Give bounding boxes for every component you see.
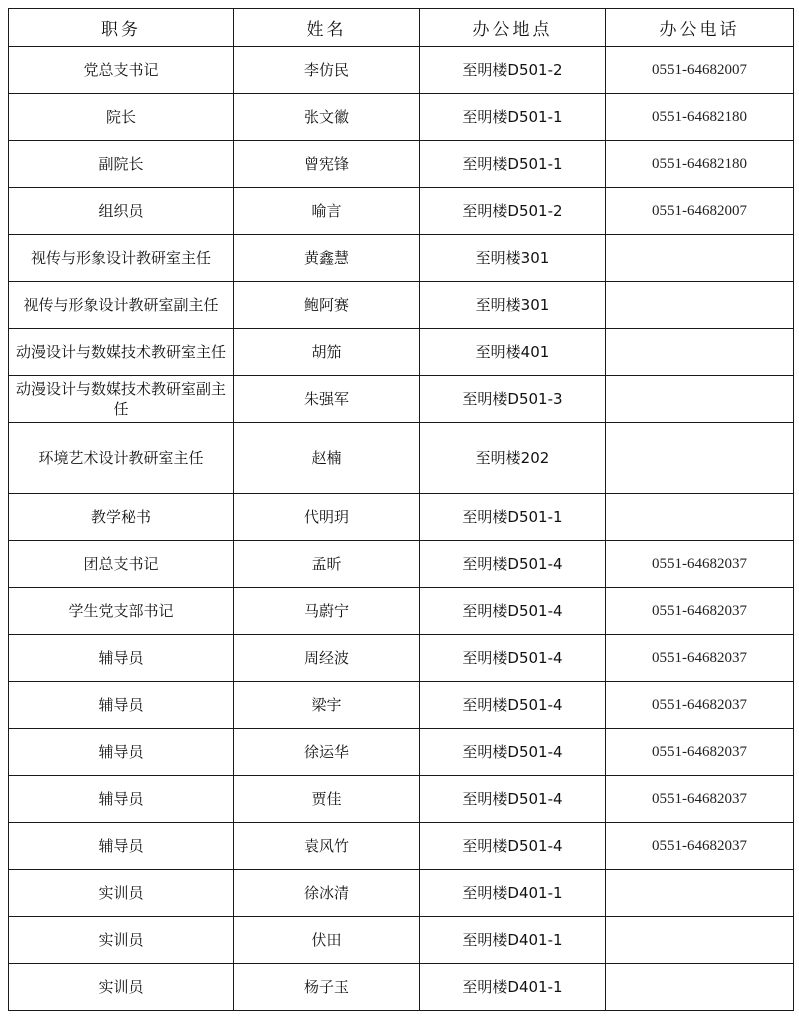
cell-name: 杨子玉 [234,964,420,1011]
cell-office: 至明楼D401-1 [420,964,606,1011]
cell-phone: 0551-64682037 [606,823,794,870]
cell-office: 至明楼D401-1 [420,870,606,917]
cell-phone: 0551-64682007 [606,47,794,94]
cell-name: 赵楠 [234,423,420,494]
table-row: 团总支书记 孟昕 至明楼D501-4 0551-64682037 [9,541,794,588]
cell-office: 至明楼D501-4 [420,588,606,635]
table-row: 教学秘书 代明玥 至明楼D501-1 [9,494,794,541]
cell-phone: 0551-64682037 [606,776,794,823]
cell-phone [606,494,794,541]
cell-name: 鲍阿赛 [234,282,420,329]
cell-name: 李仿民 [234,47,420,94]
cell-name: 贾佳 [234,776,420,823]
table-row: 实训员 伏田 至明楼D401-1 [9,917,794,964]
cell-office: 至明楼D501-2 [420,188,606,235]
table-row: 辅导员 袁风竹 至明楼D501-4 0551-64682037 [9,823,794,870]
cell-position: 团总支书记 [9,541,234,588]
cell-office: 至明楼D501-1 [420,94,606,141]
cell-name: 曾宪锋 [234,141,420,188]
cell-name: 袁风竹 [234,823,420,870]
table-header-row: 职务 姓名 办公地点 办公电话 [9,9,794,47]
cell-position: 辅导员 [9,682,234,729]
cell-position: 实训员 [9,870,234,917]
cell-phone [606,870,794,917]
cell-phone: 0551-64682037 [606,682,794,729]
table-row: 学生党支部书记 马蔚宁 至明楼D501-4 0551-64682037 [9,588,794,635]
cell-phone: 0551-64682037 [606,541,794,588]
cell-name: 喻言 [234,188,420,235]
table-row: 辅导员 周经波 至明楼D501-4 0551-64682037 [9,635,794,682]
cell-position: 辅导员 [9,776,234,823]
cell-office: 至明楼D501-2 [420,47,606,94]
cell-position: 视传与形象设计教研室副主任 [9,282,234,329]
cell-name: 伏田 [234,917,420,964]
cell-phone: 0551-64682180 [606,141,794,188]
table-row: 辅导员 贾佳 至明楼D501-4 0551-64682037 [9,776,794,823]
cell-office: 至明楼D501-4 [420,541,606,588]
cell-position: 动漫设计与数媒技术教研室主任 [9,329,234,376]
cell-phone [606,964,794,1011]
cell-office: 至明楼D501-4 [420,776,606,823]
cell-office: 至明楼D501-4 [420,635,606,682]
cell-position: 辅导员 [9,635,234,682]
cell-phone [606,423,794,494]
cell-position: 学生党支部书记 [9,588,234,635]
cell-name: 梁宇 [234,682,420,729]
cell-office: 至明楼D501-4 [420,729,606,776]
cell-position: 环境艺术设计教研室主任 [9,423,234,494]
header-office: 办公地点 [420,9,606,47]
table-row: 辅导员 梁宇 至明楼D501-4 0551-64682037 [9,682,794,729]
header-name: 姓名 [234,9,420,47]
cell-name: 张文徽 [234,94,420,141]
table-row: 党总支书记 李仿民 至明楼D501-2 0551-64682007 [9,47,794,94]
cell-name: 黄鑫慧 [234,235,420,282]
cell-office: 至明楼301 [420,282,606,329]
cell-name: 孟昕 [234,541,420,588]
cell-position: 院长 [9,94,234,141]
cell-phone: 0551-64682037 [606,588,794,635]
cell-position: 教学秘书 [9,494,234,541]
cell-phone [606,376,794,423]
cell-phone: 0551-64682037 [606,729,794,776]
cell-office: 至明楼D401-1 [420,917,606,964]
cell-name: 代明玥 [234,494,420,541]
cell-position: 动漫设计与数媒技术教研室副主任 [9,376,234,423]
table-row: 实训员 杨子玉 至明楼D401-1 [9,964,794,1011]
table-row: 动漫设计与数媒技术教研室主任 胡笳 至明楼401 [9,329,794,376]
cell-position: 副院长 [9,141,234,188]
staff-contact-table: 职务 姓名 办公地点 办公电话 党总支书记 李仿民 至明楼D501-2 0551… [8,8,794,1011]
cell-name: 马蔚宁 [234,588,420,635]
cell-position: 辅导员 [9,729,234,776]
table-row: 副院长 曾宪锋 至明楼D501-1 0551-64682180 [9,141,794,188]
table-row: 院长 张文徽 至明楼D501-1 0551-64682180 [9,94,794,141]
cell-office: 至明楼D501-4 [420,823,606,870]
header-phone: 办公电话 [606,9,794,47]
staff-directory-sheet: 职务 姓名 办公地点 办公电话 党总支书记 李仿民 至明楼D501-2 0551… [8,8,794,1011]
cell-name: 朱强军 [234,376,420,423]
table-row: 环境艺术设计教研室主任 赵楠 至明楼202 [9,423,794,494]
cell-phone [606,917,794,964]
cell-position: 辅导员 [9,823,234,870]
cell-name: 徐冰清 [234,870,420,917]
table-row: 辅导员 徐运华 至明楼D501-4 0551-64682037 [9,729,794,776]
cell-position: 实训员 [9,917,234,964]
cell-office: 至明楼D501-4 [420,682,606,729]
cell-phone [606,329,794,376]
table-row: 实训员 徐冰清 至明楼D401-1 [9,870,794,917]
cell-phone: 0551-64682037 [606,635,794,682]
cell-name: 周经波 [234,635,420,682]
cell-phone: 0551-64682007 [606,188,794,235]
cell-position: 视传与形象设计教研室主任 [9,235,234,282]
cell-name: 徐运华 [234,729,420,776]
cell-name: 胡笳 [234,329,420,376]
cell-office: 至明楼301 [420,235,606,282]
cell-office: 至明楼401 [420,329,606,376]
table-row: 组织员 喻言 至明楼D501-2 0551-64682007 [9,188,794,235]
table-row: 动漫设计与数媒技术教研室副主任 朱强军 至明楼D501-3 [9,376,794,423]
cell-position: 实训员 [9,964,234,1011]
cell-office: 至明楼202 [420,423,606,494]
cell-phone [606,235,794,282]
cell-office: 至明楼D501-1 [420,141,606,188]
cell-office: 至明楼D501-1 [420,494,606,541]
table-body: 党总支书记 李仿民 至明楼D501-2 0551-64682007 院长 张文徽… [9,47,794,1011]
table-row: 视传与形象设计教研室主任 黄鑫慧 至明楼301 [9,235,794,282]
cell-phone [606,282,794,329]
table-row: 视传与形象设计教研室副主任 鲍阿赛 至明楼301 [9,282,794,329]
cell-position: 党总支书记 [9,47,234,94]
cell-position: 组织员 [9,188,234,235]
header-position: 职务 [9,9,234,47]
cell-phone: 0551-64682180 [606,94,794,141]
cell-office: 至明楼D501-3 [420,376,606,423]
